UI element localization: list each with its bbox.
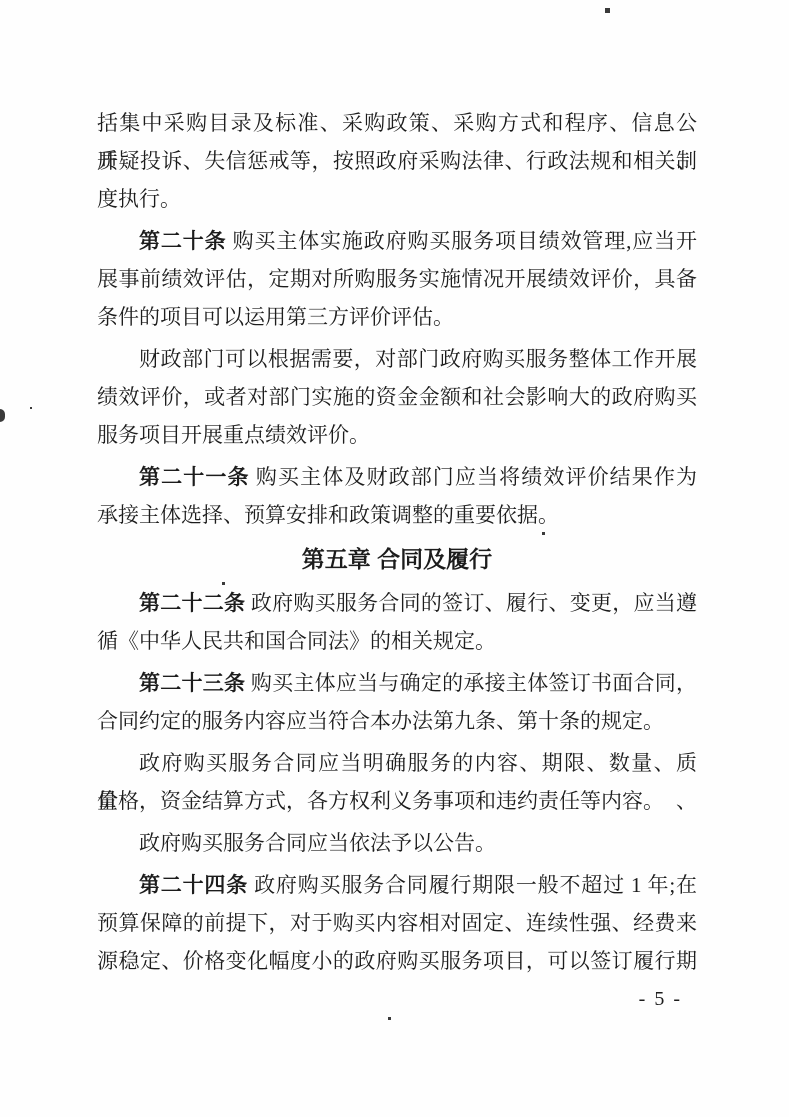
- text-line: 政府购买服务合同应当明确服务的内容、期限、数量、质量、: [97, 744, 697, 782]
- text-line: 承接主体选择、预算安排和政策调整的重要依据。: [97, 496, 697, 534]
- article-line: 第二十条 购买主体实施政府购买服务项目绩效管理,应当开: [97, 222, 697, 260]
- article-number: 第二十二条: [139, 592, 245, 615]
- text-line: 预算保障的前提下，对于购买内容相对固定、连续性强、经费来: [97, 904, 697, 942]
- text-line: 财政部门可以根据需要，对部门政府购买服务整体工作开展: [97, 340, 697, 378]
- text-line: 度执行。: [97, 180, 697, 218]
- article-line: 第二十四条 政府购买服务合同履行期限一般不超过 1 年;在: [97, 866, 697, 904]
- text-line: 质疑投诉、失信惩戒等，按照政府采购法律、行政法规和相关制: [97, 142, 697, 180]
- document-body: 括集中采购目录及标准、采购政策、采购方式和程序、信息公开、质疑投诉、失信惩戒等，…: [97, 104, 697, 1018]
- page-number: - 5 -: [97, 980, 697, 1018]
- article-line: 第二十三条 购买主体应当与确定的承接主体签订书面合同，: [97, 664, 697, 702]
- article-number: 第二十条: [139, 230, 226, 253]
- article-number: 第二十四条: [139, 874, 248, 897]
- article-line: 第二十二条 政府购买服务合同的签订、履行、变更，应当遵: [97, 584, 697, 622]
- scan-speck: [605, 8, 610, 13]
- text-line: 合同约定的服务内容应当符合本办法第九条、第十条的规定。: [97, 702, 697, 740]
- article-line: 第二十一条 购买主体及财政部门应当将绩效评价结果作为: [97, 458, 697, 496]
- scan-speck: [542, 532, 545, 535]
- article-number: 第二十三条: [139, 672, 245, 695]
- article-number: 第二十一条: [139, 466, 250, 489]
- text-line: 条件的项目可以运用第三方评价评估。: [97, 298, 697, 336]
- scan-speck: [388, 1017, 391, 1020]
- scan-speck: [30, 407, 32, 409]
- text-line: 展事前绩效评估，定期对所购服务实施情况开展绩效评价，具备: [97, 260, 697, 298]
- text-line: 绩效评价，或者对部门实施的资金金额和社会影响大的政府购买: [97, 378, 697, 416]
- text-line: 源稳定、价格变化幅度小的政府购买服务项目，可以签订履行期: [97, 942, 697, 980]
- text-line: 服务项目开展重点绩效评价。: [97, 416, 697, 454]
- text-line: 政府购买服务合同应当依法予以公告。: [97, 824, 697, 862]
- scan-speck: [222, 582, 225, 585]
- scan-speck: [0, 409, 5, 422]
- text-line: 循《中华人民共和国合同法》的相关规定。: [97, 622, 697, 660]
- chapter-heading: 第五章 合同及履行: [97, 540, 697, 578]
- text-line: 括集中采购目录及标准、采购政策、采购方式和程序、信息公开、: [97, 104, 697, 142]
- text-line: 价格，资金结算方式，各方权利义务事项和违约责任等内容。: [97, 782, 697, 820]
- scanned-document-page: 括集中采购目录及标准、采购政策、采购方式和程序、信息公开、质疑投诉、失信惩戒等，…: [0, 0, 789, 1117]
